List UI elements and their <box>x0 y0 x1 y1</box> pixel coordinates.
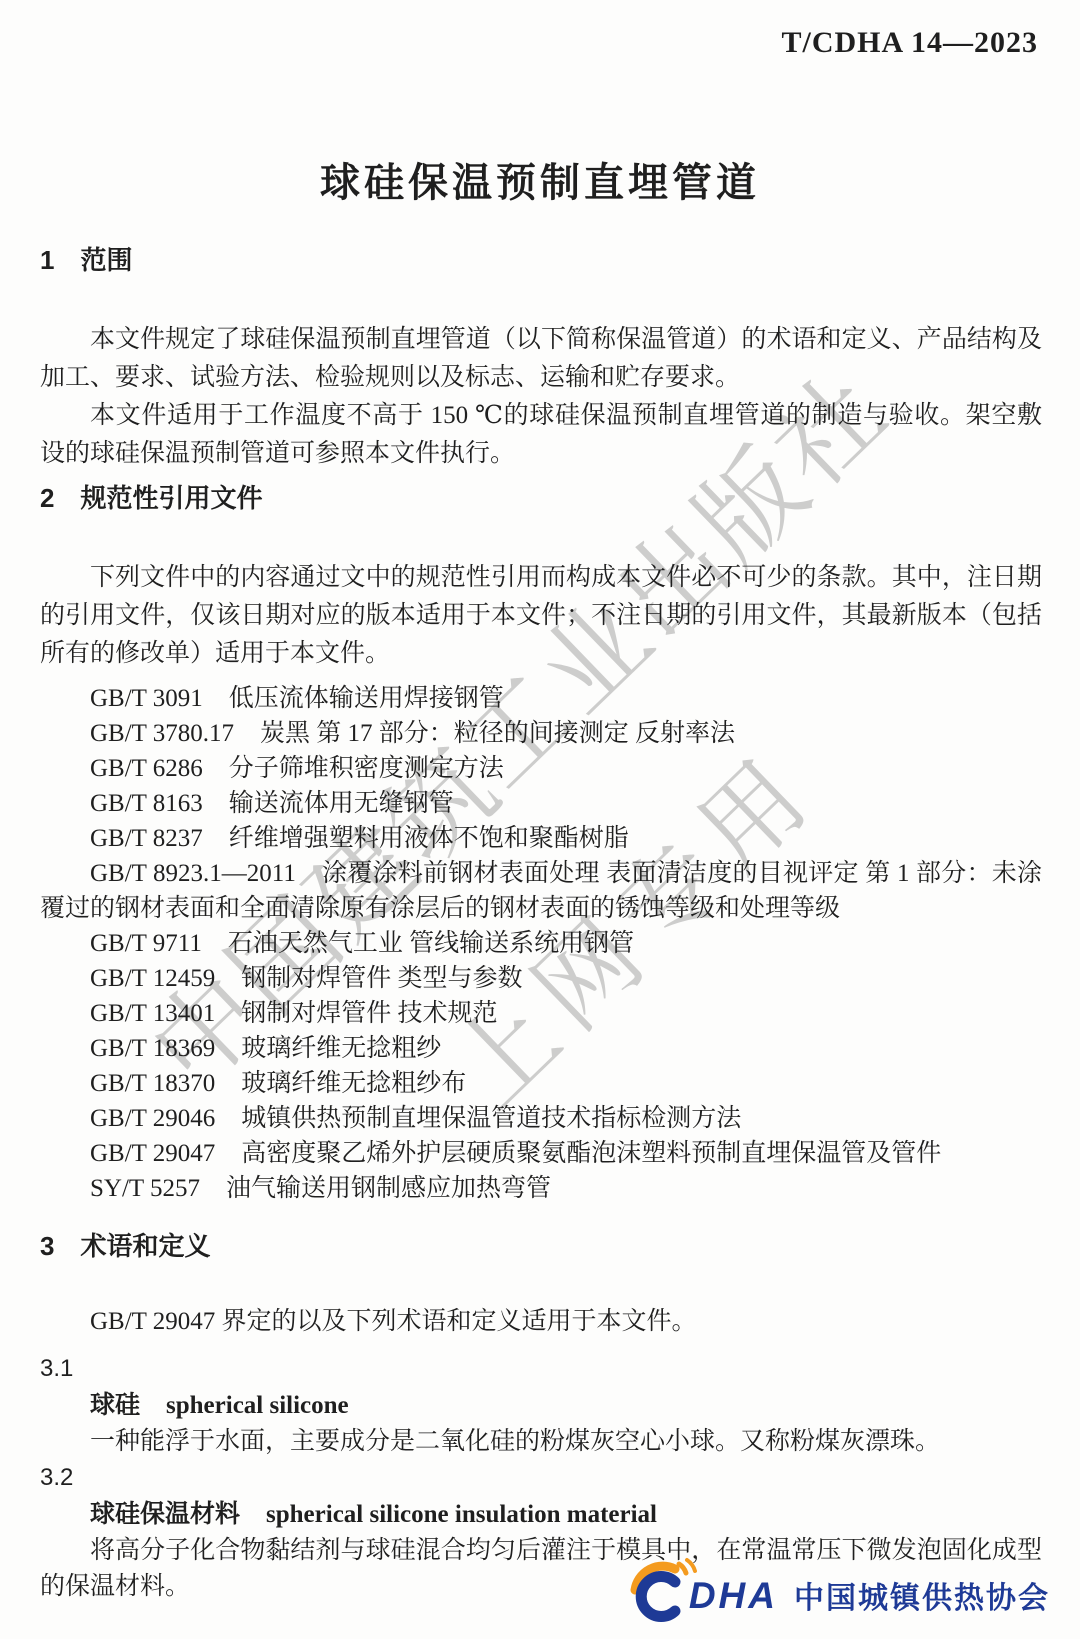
section-2-heading: 2 规范性引用文件 <box>40 478 1042 515</box>
reference-title: 石油天然气工业 管线输送系统用钢管 <box>228 930 634 957</box>
reference-item: GB/T 3780.17炭黑 第 17 部分：粒径的间接测定 反射率法 <box>40 716 1042 751</box>
reference-title: 油气输送用钢制感应加热弯管 <box>226 1175 551 1202</box>
reference-code: GB/T 3091 <box>90 685 203 712</box>
term-chinese: 球硅保温材料 <box>90 1500 240 1528</box>
reference-code: GB/T 12459 <box>90 965 215 992</box>
reference-title: 炭黑 第 17 部分：粒径的间接测定 反射率法 <box>260 720 735 747</box>
reference-item: GB/T 8163输送流体用无缝钢管 <box>40 786 1042 821</box>
reference-title: 高密度聚乙烯外护层硬质聚氨酯泡沫塑料预制直埋保温管及管件 <box>241 1140 941 1167</box>
term-english: spherical silicone insulation material <box>266 1501 657 1528</box>
term-number: 3.2 <box>40 1460 1042 1496</box>
standard-number: T/CDHA 14—2023 <box>781 26 1038 60</box>
reference-code: GB/T 29046 <box>90 1105 215 1132</box>
reference-code: GB/T 8163 <box>90 790 203 817</box>
reference-list: GB/T 3091低压流体输送用焊接钢管 GB/T 3780.17炭黑 第 17… <box>40 681 1042 1206</box>
section-1-paragraph-2: 本文件适用于工作温度不高于 150 ℃的球硅保温预制直埋管道的制造与验收。架空敷… <box>40 397 1042 473</box>
reference-title: 纤维增强塑料用液体不饱和聚酯树脂 <box>229 825 629 852</box>
reference-item: GB/T 8237纤维增强塑料用液体不饱和聚酯树脂 <box>40 821 1042 856</box>
reference-code: GB/T 8237 <box>90 825 203 852</box>
reference-title: 分子筛堆积密度测定方法 <box>229 755 504 782</box>
reference-item: GB/T 29046城镇供热预制直埋保温管道技术指标检测方法 <box>40 1101 1042 1136</box>
term-number: 3.1 <box>40 1351 1042 1387</box>
cdha-acronym: DHA <box>689 1575 778 1617</box>
section-normative-references: 2 规范性引用文件 下列文件中的内容通过文中的规范性引用而构成本文件必不可少的条… <box>40 478 1042 1206</box>
reference-code: GB/T 8923.1—2011 <box>90 860 296 887</box>
section-terms-definitions: 3 术语和定义 GB/T 29047 界定的以及下列术语和定义适用于本文件。 3… <box>40 1226 1042 1605</box>
document-page: 中国建筑工业出版社 上网专用 T/CDHA 14—2023 球硅保温预制直埋管道… <box>0 0 1080 1639</box>
reference-title: 玻璃纤维无捻粗纱 <box>241 1035 441 1062</box>
reference-title: 输送流体用无缝钢管 <box>229 790 454 817</box>
reference-code: GB/T 3780.17 <box>90 720 234 747</box>
reference-title: 钢制对焊管件 技术规范 <box>241 1000 497 1027</box>
reference-item: GB/T 18370玻璃纤维无捻粗纱布 <box>40 1066 1042 1101</box>
reference-code: GB/T 13401 <box>90 1000 215 1027</box>
section-2-intro: 下列文件中的内容通过文中的规范性引用而构成本文件必不可少的条款。其中，注日期的引… <box>40 559 1042 673</box>
reference-item: GB/T 8923.1—2011涂覆涂料前钢材表面处理 表面清洁度的目视评定 第… <box>40 856 1042 926</box>
association-name: 中国城镇供热协会 <box>794 1573 1050 1617</box>
reference-item: GB/T 18369玻璃纤维无捻粗纱 <box>40 1031 1042 1066</box>
section-1-paragraph-1: 本文件规定了球硅保温预制直埋管道（以下简称保温管道）的术语和定义、产品结构及加工… <box>40 321 1042 397</box>
reference-code: GB/T 6286 <box>90 755 203 782</box>
reference-title: 玻璃纤维无捻粗纱布 <box>241 1070 466 1097</box>
document-title: 球硅保温预制直埋管道 <box>0 151 1080 208</box>
term-english: spherical silicone <box>166 1392 349 1419</box>
reference-item: SY/T 5257油气输送用钢制感应加热弯管 <box>40 1171 1042 1206</box>
term-chinese: 球硅 <box>90 1391 140 1419</box>
reference-title: 钢制对焊管件 类型与参数 <box>241 965 522 992</box>
reference-title: 低压流体输送用焊接钢管 <box>229 685 504 712</box>
reference-item: GB/T 13401钢制对焊管件 技术规范 <box>40 996 1042 1031</box>
term-definition: 一种能浮于水面，主要成分是二氧化硅的粉煤灰空心小球。又称粉煤灰漂珠。 <box>40 1424 1042 1460</box>
reference-code: SY/T 5257 <box>90 1175 200 1202</box>
cdha-logo-icon <box>623 1556 697 1622</box>
reference-code: GB/T 18369 <box>90 1035 215 1062</box>
reference-item: GB/T 29047高密度聚乙烯外护层硬质聚氨酯泡沫塑料预制直埋保温管及管件 <box>40 1136 1042 1171</box>
section-1-heading: 1 范围 <box>40 240 1042 277</box>
section-3-intro: GB/T 29047 界定的以及下列术语和定义适用于本文件。 <box>40 1303 1042 1341</box>
reference-title: 城镇供热预制直埋保温管道技术指标检测方法 <box>241 1105 741 1132</box>
reference-code: GB/T 18370 <box>90 1070 215 1097</box>
association-logo: DHA 中国城镇供热协会 <box>623 1556 1050 1622</box>
reference-code: GB/T 29047 <box>90 1140 215 1167</box>
reference-item: GB/T 9711石油天然气工业 管线输送系统用钢管 <box>40 926 1042 961</box>
term-title: 球硅spherical silicone <box>40 1387 1042 1424</box>
reference-code: GB/T 9711 <box>90 930 202 957</box>
term-title: 球硅保温材料spherical silicone insulation mate… <box>40 1496 1042 1533</box>
reference-item: GB/T 3091低压流体输送用焊接钢管 <box>40 681 1042 716</box>
section-scope: 1 范围 本文件规定了球硅保温预制直埋管道（以下简称保温管道）的术语和定义、产品… <box>40 240 1042 473</box>
reference-item: GB/T 12459钢制对焊管件 类型与参数 <box>40 961 1042 996</box>
reference-item: GB/T 6286分子筛堆积密度测定方法 <box>40 751 1042 786</box>
section-3-heading: 3 术语和定义 <box>40 1226 1042 1263</box>
